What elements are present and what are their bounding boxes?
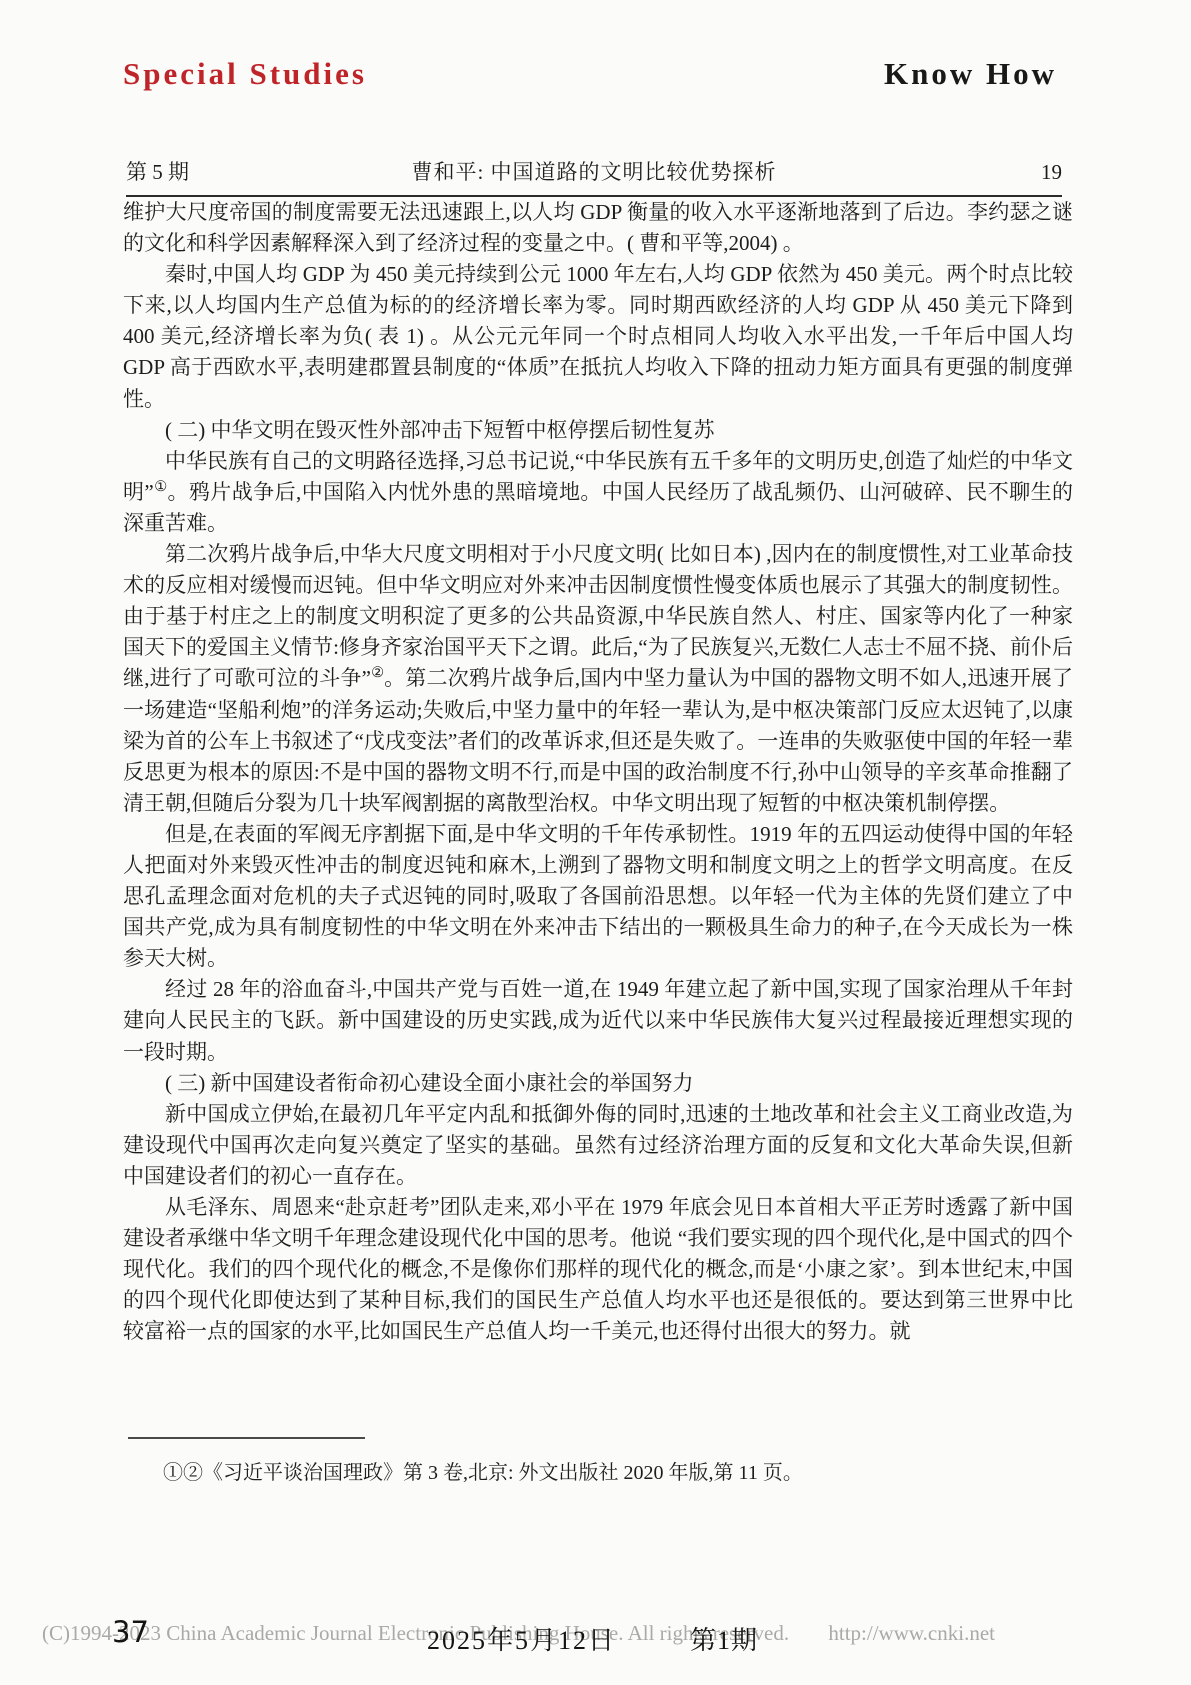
column-label: Know How: [884, 56, 1057, 92]
copyright-text: (C)1994-2023 China Academic Journal Elec…: [42, 1621, 789, 1646]
section-heading: ( 二) 中华文明在毁灭性外部冲击下短暂中枢停摆后韧性复苏: [123, 415, 1073, 446]
page-number-stamp: 37: [112, 1615, 149, 1649]
page-number-header: 19: [922, 160, 1062, 185]
date-stamp: 2025年5月12日: [427, 1620, 616, 1657]
issue-stamp: 第1期: [690, 1620, 758, 1657]
footnote: ①②《习近平谈治国理政》第 3 卷,北京: 外文出版社 2020 年版,第 11…: [123, 1458, 1073, 1488]
issue-number: 第 5 期: [126, 156, 266, 186]
paragraph: 新中国成立伊始,在最初几年平定内乱和抵御外侮的同时,迅速的土地改革和社会主义工商…: [123, 1099, 1073, 1192]
footnote-marker: ②: [371, 665, 384, 681]
journal-page: Special Studies Know How 第 5 期 曹和平: 中国道路…: [0, 0, 1191, 1685]
brand-row: Special Studies Know How: [123, 56, 1057, 92]
paragraph: 中华民族有自己的文明路径选择,习总书记说,“中华民族有五千多年的文明历史,创造了…: [123, 446, 1073, 539]
section-heading: ( 三) 新中国建设者衔命初心建设全面小康社会的举国努力: [123, 1068, 1073, 1099]
cnki-url: http://www.cnki.net: [828, 1621, 995, 1646]
paragraph: 但是,在表面的军阀无序割据下面,是中华文明的千年传承韧性。1919 年的五四运动…: [123, 819, 1073, 974]
section-label: Special Studies: [123, 56, 367, 92]
paragraph: 秦时,中国人均 GDP 为 450 美元持续到公元 1000 年左右,人均 GD…: [123, 259, 1073, 414]
paragraph: 经过 28 年的浴血奋斗,中国共产党与百姓一道,在 1949 年建立起了新中国,…: [123, 974, 1073, 1067]
footnote-marker: ①: [154, 479, 168, 495]
paragraph: 维护大尺度帝国的制度需要无法迅速跟上,以人均 GDP 衡量的收入水平逐渐地落到了…: [123, 197, 1073, 259]
running-title: 曹和平: 中国道路的文明比较优势探析: [266, 156, 922, 186]
paragraph: 第二次鸦片战争后,中华大尺度文明相对于小尺度文明( 比如日本) ,因内在的制度惯…: [123, 539, 1073, 819]
footnote-divider: [128, 1437, 365, 1439]
article-body: 维护大尺度帝国的制度需要无法迅速跟上,以人均 GDP 衡量的收入水平逐渐地落到了…: [123, 197, 1073, 1347]
journal-header: 第 5 期 曹和平: 中国道路的文明比较优势探析 19: [126, 156, 1062, 197]
paragraph: 从毛泽东、周恩来“赴京赶考”团队走来,邓小平在 1979 年底会见日本首相大平正…: [123, 1192, 1073, 1347]
